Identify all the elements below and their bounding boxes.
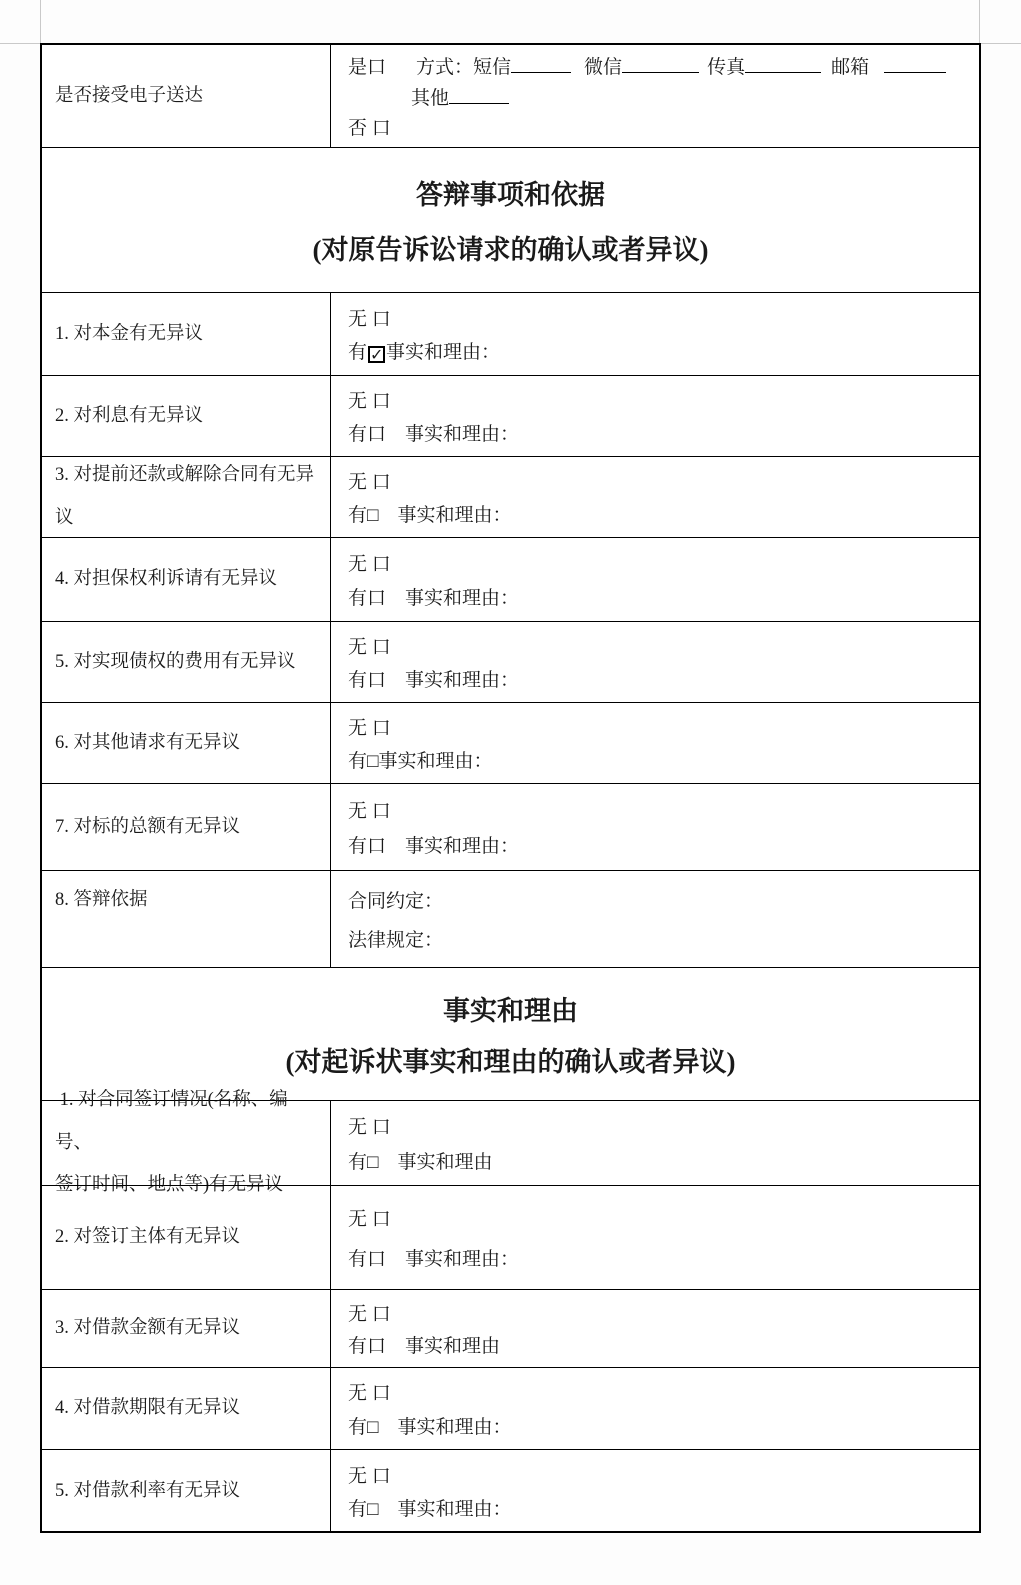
table-row: 2. 对利息有无异议无 口有口 事实和理由：: [42, 375, 979, 456]
row-options: 无 口有□ 事实和理由：: [331, 1368, 979, 1449]
option-no-line[interactable]: 无 口: [348, 467, 973, 494]
option-yes-line[interactable]: 有口 事实和理由：: [348, 831, 973, 858]
method-label: 方式：: [416, 57, 473, 78]
eservice-yes-line: 是口方式：短信微信传真邮箱: [348, 52, 973, 79]
row-options: 无 口有口 事实和理由: [331, 1290, 979, 1367]
eservice-options: 是口方式：短信微信传真邮箱 其他 否 口: [331, 45, 979, 147]
row-label: 1. 对合同签订情况(名称、编号、 签订时间、地点等)有无异议: [42, 1101, 331, 1185]
option-yes-line[interactable]: 有□ 事实和理由：: [348, 1494, 973, 1521]
option-yes-line[interactable]: 有□ 事实和理由: [348, 1147, 973, 1174]
option-yes-line[interactable]: 有□ 事实和理由：: [348, 500, 973, 527]
option-no-line[interactable]: 无 口: [348, 304, 973, 331]
page-guide-line: [979, 43, 1021, 44]
table-row-eservice: 是否接受电子送达 是口方式：短信微信传真邮箱 其他 否 口: [42, 45, 979, 147]
table-row: 4. 对担保权利诉请有无异议无 口有口 事实和理由：: [42, 537, 979, 621]
option-yes-line[interactable]: 有口 事实和理由：: [348, 583, 973, 610]
row-label: 7. 对标的总额有无异议: [42, 784, 331, 870]
row-options: 无 口有口 事实和理由：: [331, 622, 979, 702]
row-options: 无 口有□事实和理由：: [331, 703, 979, 783]
row-options: 无 口有口 事实和理由：: [331, 376, 979, 456]
text-line: 法律规定：: [348, 925, 973, 952]
eservice-no-line: 否 口: [348, 113, 973, 140]
option-yes-line[interactable]: 有□ 事实和理由：: [348, 1412, 973, 1439]
row-options: 无 口有□ 事实和理由：: [331, 457, 979, 537]
section1-subtitle: (对原告诉讼请求的确认或者异议): [313, 228, 709, 267]
table-row: 5. 对实现债权的费用有无异议无 口有口 事实和理由：: [42, 621, 979, 702]
option-no-line[interactable]: 无 口: [348, 1204, 973, 1231]
section1-title: 答辩事项和依据: [416, 173, 605, 212]
row-label: 3. 对提前还款或解除合同有无异 议: [42, 457, 331, 537]
table-row: 1. 对本金有无异议无 口有✓事实和理由：: [42, 292, 979, 375]
section1-header: 答辩事项和依据 (对原告诉讼请求的确认或者异议): [42, 147, 979, 292]
row-label: 1. 对本金有无异议: [42, 293, 331, 375]
option-no-line[interactable]: 无 口: [348, 632, 973, 659]
row-options: 无 口有口 事实和理由：: [331, 1186, 979, 1289]
option-no-line[interactable]: 无 口: [348, 1461, 973, 1488]
table-row: 5. 对借款利率有无异议无 口有□ 事实和理由：: [42, 1449, 979, 1532]
defense-form-table: 是否接受电子送达 是口方式：短信微信传真邮箱 其他 否 口 答辩事项和依据 (对…: [40, 43, 981, 1533]
field-label-wechat: 微信: [584, 57, 622, 78]
row-label: 5. 对实现债权的费用有无异议: [42, 622, 331, 702]
row-label: 4. 对借款期限有无异议: [42, 1368, 331, 1449]
row-options: 无 口有口 事实和理由：: [331, 538, 979, 621]
row-label: 5. 对借款利率有无异议: [42, 1450, 331, 1532]
table-row: 2. 对签订主体有无异议无 口有口 事实和理由：: [42, 1185, 979, 1289]
text-line: 合同约定：: [348, 886, 973, 913]
row-label: 3. 对借款金额有无异议: [42, 1290, 331, 1367]
option-no-line[interactable]: 无 口: [348, 1112, 973, 1139]
option-yes-line[interactable]: 有口 事实和理由：: [348, 665, 973, 692]
eservice-label: 是否接受电子送达: [42, 45, 331, 147]
row-label: 6. 对其他请求有无异议: [42, 703, 331, 783]
document-page: 是否接受电子送达 是口方式：短信微信传真邮箱 其他 否 口 答辩事项和依据 (对…: [0, 0, 1021, 1585]
other-label: 其他: [411, 88, 449, 109]
option-no-line[interactable]: 无 口: [348, 386, 973, 413]
section2-title: 事实和理由: [443, 989, 578, 1028]
row-label: 2. 对签订主体有无异议: [42, 1186, 331, 1289]
field-label-sms: 短信: [473, 57, 511, 78]
sms-blank-field[interactable]: [511, 57, 571, 73]
eservice-other-line: 其他: [411, 83, 973, 110]
table-row: 6. 对其他请求有无异议无 口有□事实和理由：: [42, 702, 979, 783]
field-label-email: 邮箱: [831, 57, 869, 78]
row-options: 无 口有□ 事实和理由: [331, 1101, 979, 1185]
option-yes-line[interactable]: 有□事实和理由：: [348, 746, 973, 773]
table-row: 7. 对标的总额有无异议无 口有口 事实和理由：: [42, 783, 979, 870]
option-no-line[interactable]: 无 口: [348, 713, 973, 740]
page-guide-line: [40, 0, 41, 43]
no-checkbox[interactable]: 否 口: [348, 118, 391, 139]
table-row: 4. 对借款期限有无异议无 口有□ 事实和理由：: [42, 1367, 979, 1449]
row-label: 2. 对利息有无异议: [42, 376, 331, 456]
row-options: 无 口有口 事实和理由：: [331, 784, 979, 870]
option-yes-line[interactable]: 有口 事实和理由：: [348, 1244, 973, 1271]
other-blank-field[interactable]: [449, 88, 509, 104]
option-no-line[interactable]: 无 口: [348, 796, 973, 823]
table-row: 3. 对提前还款或解除合同有无异 议无 口有□ 事实和理由：: [42, 456, 979, 537]
yes-checkbox[interactable]: 是口: [348, 57, 386, 78]
section2-subtitle: (对起诉状事实和理由的确认或者异议): [286, 1040, 736, 1079]
row-label: 4. 对担保权利诉请有无异议: [42, 538, 331, 621]
row-options: 无 口有□ 事实和理由：: [331, 1450, 979, 1532]
table-row: 3. 对借款金额有无异议无 口有口 事实和理由: [42, 1289, 979, 1367]
field-label-fax: 传真: [707, 57, 745, 78]
option-yes-line[interactable]: 有口 事实和理由: [348, 1331, 973, 1358]
fax-blank-field[interactable]: [745, 57, 821, 73]
email-blank-field[interactable]: [884, 57, 946, 73]
table-row: 1. 对合同签订情况(名称、编号、 签订时间、地点等)有无异议无 口有□ 事实和…: [42, 1100, 979, 1185]
row-options: 无 口有✓事实和理由：: [331, 293, 979, 375]
row-label: 8. 答辩依据: [42, 871, 331, 967]
table-row: 8. 答辩依据合同约定：法律规定：: [42, 870, 979, 967]
wechat-blank-field[interactable]: [622, 57, 699, 73]
option-yes-line[interactable]: 有口 事实和理由：: [348, 419, 973, 446]
option-no-line[interactable]: 无 口: [348, 549, 973, 576]
option-no-line[interactable]: 无 口: [348, 1378, 973, 1405]
page-guide-line: [979, 0, 980, 43]
page-guide-line: [0, 43, 40, 44]
checked-checkbox[interactable]: ✓: [368, 346, 385, 363]
option-yes-line[interactable]: 有✓事实和理由：: [348, 337, 973, 364]
row-options: 合同约定：法律规定：: [331, 871, 979, 967]
option-no-line[interactable]: 无 口: [348, 1299, 973, 1326]
